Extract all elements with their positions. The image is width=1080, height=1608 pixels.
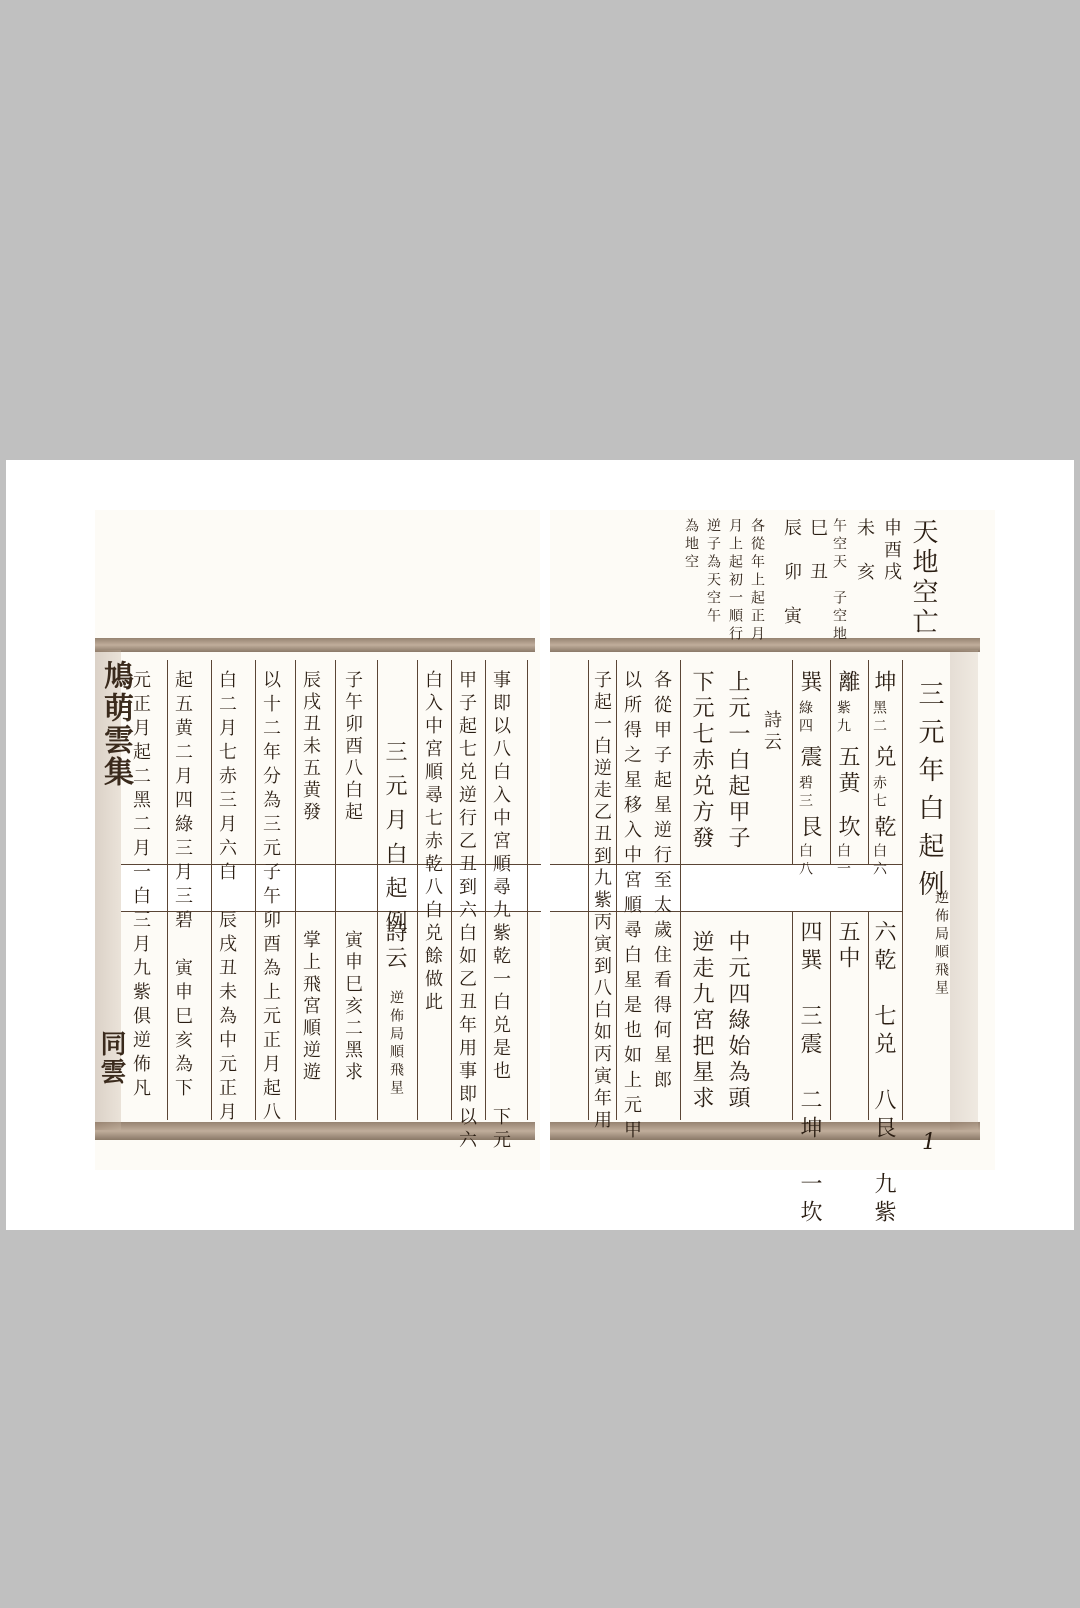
poem-label: 詩云	[762, 710, 780, 754]
trigram-xun: 巽	[798, 670, 820, 696]
body-column: 各從甲子起星逆行至太歲住看得何星郎	[652, 670, 670, 1095]
note-column: 逆子為天空午	[706, 518, 720, 626]
tail-column: 元正月起二黑二月一白三月九紫俱逆佈凡	[131, 670, 149, 1102]
trigram-kun: 坤	[872, 670, 894, 696]
right-page: 天地空亡 申酉戌 未 亥 午空天 子空地 巳 丑 辰卯寅 各從年上起正月 月上起…	[550, 510, 995, 1170]
poem-line: 上元一白起甲子	[726, 670, 748, 852]
trigram-li-note: 紫九	[836, 700, 850, 736]
trigram-dui-note: 赤七	[872, 775, 886, 811]
trigram-li: 離	[836, 670, 858, 696]
scan-sheet: 天地空亡 申酉戌 未 亥 午空天 子空地 巳 丑 辰卯寅 各從年上起正月 月上起…	[6, 460, 1074, 1230]
column-rule	[167, 660, 168, 1120]
trigram-gen: 艮	[798, 815, 820, 841]
poem-line: 中元四綠始為頭	[726, 930, 748, 1112]
poem-line: 子午卯酉八白起	[343, 670, 361, 824]
branch-column: 午空天 子空地	[832, 518, 846, 644]
branch-column: 巳 丑	[808, 518, 826, 584]
note-column: 為地空	[684, 518, 698, 572]
column-rule	[211, 660, 212, 1120]
trigram-dui: 兑	[872, 745, 894, 771]
column-rule	[485, 660, 486, 1120]
body-column: 以所得之星移入中宮順尋白星是也如上元甲	[622, 670, 640, 1145]
column-rule	[295, 660, 296, 1120]
body-column: 甲子起七兑逆行乙丑到六白如乙丑年用事即以六	[457, 670, 475, 1153]
column-rule	[616, 660, 617, 1120]
column-rule	[417, 660, 418, 1120]
body-column: 白入中宮順尋七赤乾八白兑餘做此	[423, 670, 441, 1015]
left-page: 鳩萌雲集 同雲 事即以八白入中宮順尋九紫乾一白兑是也 下元 甲子起七兑逆行乙丑到…	[95, 510, 540, 1170]
column-rule	[902, 660, 903, 1120]
body-column: 子起一白逆走乙丑到九紫丙寅到八白如丙寅年用	[592, 670, 610, 1132]
section-heading: 三元年白起例	[916, 680, 942, 908]
heading-note: 逆佈局順飛星	[934, 890, 948, 998]
tiandi-title: 天地空亡	[910, 518, 936, 638]
trigram-kan-note: 白一	[836, 843, 850, 879]
grid-bottom-col: 四巽 三震 二坤 一坎	[798, 920, 820, 1228]
column-rule	[680, 660, 681, 1120]
column-rule	[588, 660, 589, 1120]
poem-line: 下元七赤兑方發	[690, 670, 712, 852]
trigram-qian-note: 白六	[872, 843, 886, 879]
note-column: 月上起初一順行	[728, 518, 742, 644]
poem-label: 詩云	[383, 920, 405, 972]
spine-subtitle: 同雲	[93, 1030, 130, 1086]
branch-column: 未 亥	[855, 518, 873, 584]
trigram-kan: 坎	[836, 815, 858, 841]
column-rule	[335, 660, 336, 1120]
section-heading: 三元月白起例	[383, 740, 405, 944]
trigram-gen-note: 白八	[798, 843, 812, 879]
trigram-zhen: 震	[798, 745, 820, 771]
branch-column: 申酉戌	[882, 518, 900, 584]
heading-note: 逆佈局順飛星	[389, 990, 403, 1098]
page-edge	[950, 650, 978, 1130]
poem-line: 辰戌丑未五黄發	[301, 670, 319, 824]
grid-bottom-col: 五中	[836, 920, 858, 972]
column-rule	[527, 660, 528, 1120]
center-five-yellow: 五黄	[836, 745, 858, 797]
trigram-qian: 乾	[872, 815, 894, 841]
column-rule	[255, 660, 256, 1120]
column-rule	[451, 660, 452, 1120]
top-border-band	[550, 638, 980, 652]
trigram-kun-note: 黑二	[872, 700, 886, 736]
top-border-band	[95, 638, 535, 652]
tail-column: 以十二年分為三元子午卯酉為上元正月起八	[261, 670, 279, 1126]
trigram-zhen-note: 碧三	[798, 775, 812, 811]
note-column: 各從年上起正月	[750, 518, 764, 644]
bottom-border-band	[550, 1122, 980, 1140]
trigram-xun-note: 綠四	[798, 700, 812, 736]
poem-line: 掌上飛宮順逆遊	[301, 930, 319, 1084]
page-number: 1	[922, 1130, 936, 1155]
body-column: 事即以八白入中宮順尋九紫乾一白兑是也 下元	[491, 670, 509, 1153]
poem-line: 逆走九宮把星求	[690, 930, 712, 1112]
poem-line: 寅申巳亥二黑求	[343, 930, 361, 1084]
tail-column: 起五黄二月四綠三月三碧 寅申巳亥為下	[173, 670, 191, 1102]
branch-column: 辰卯寅	[782, 518, 800, 650]
column-rule	[377, 660, 378, 1120]
grid-bottom-col: 六乾 七兑 八艮 九紫	[872, 920, 894, 1228]
tail-column: 白二月七赤三月六白 辰戌丑未為中元正月	[217, 670, 235, 1126]
